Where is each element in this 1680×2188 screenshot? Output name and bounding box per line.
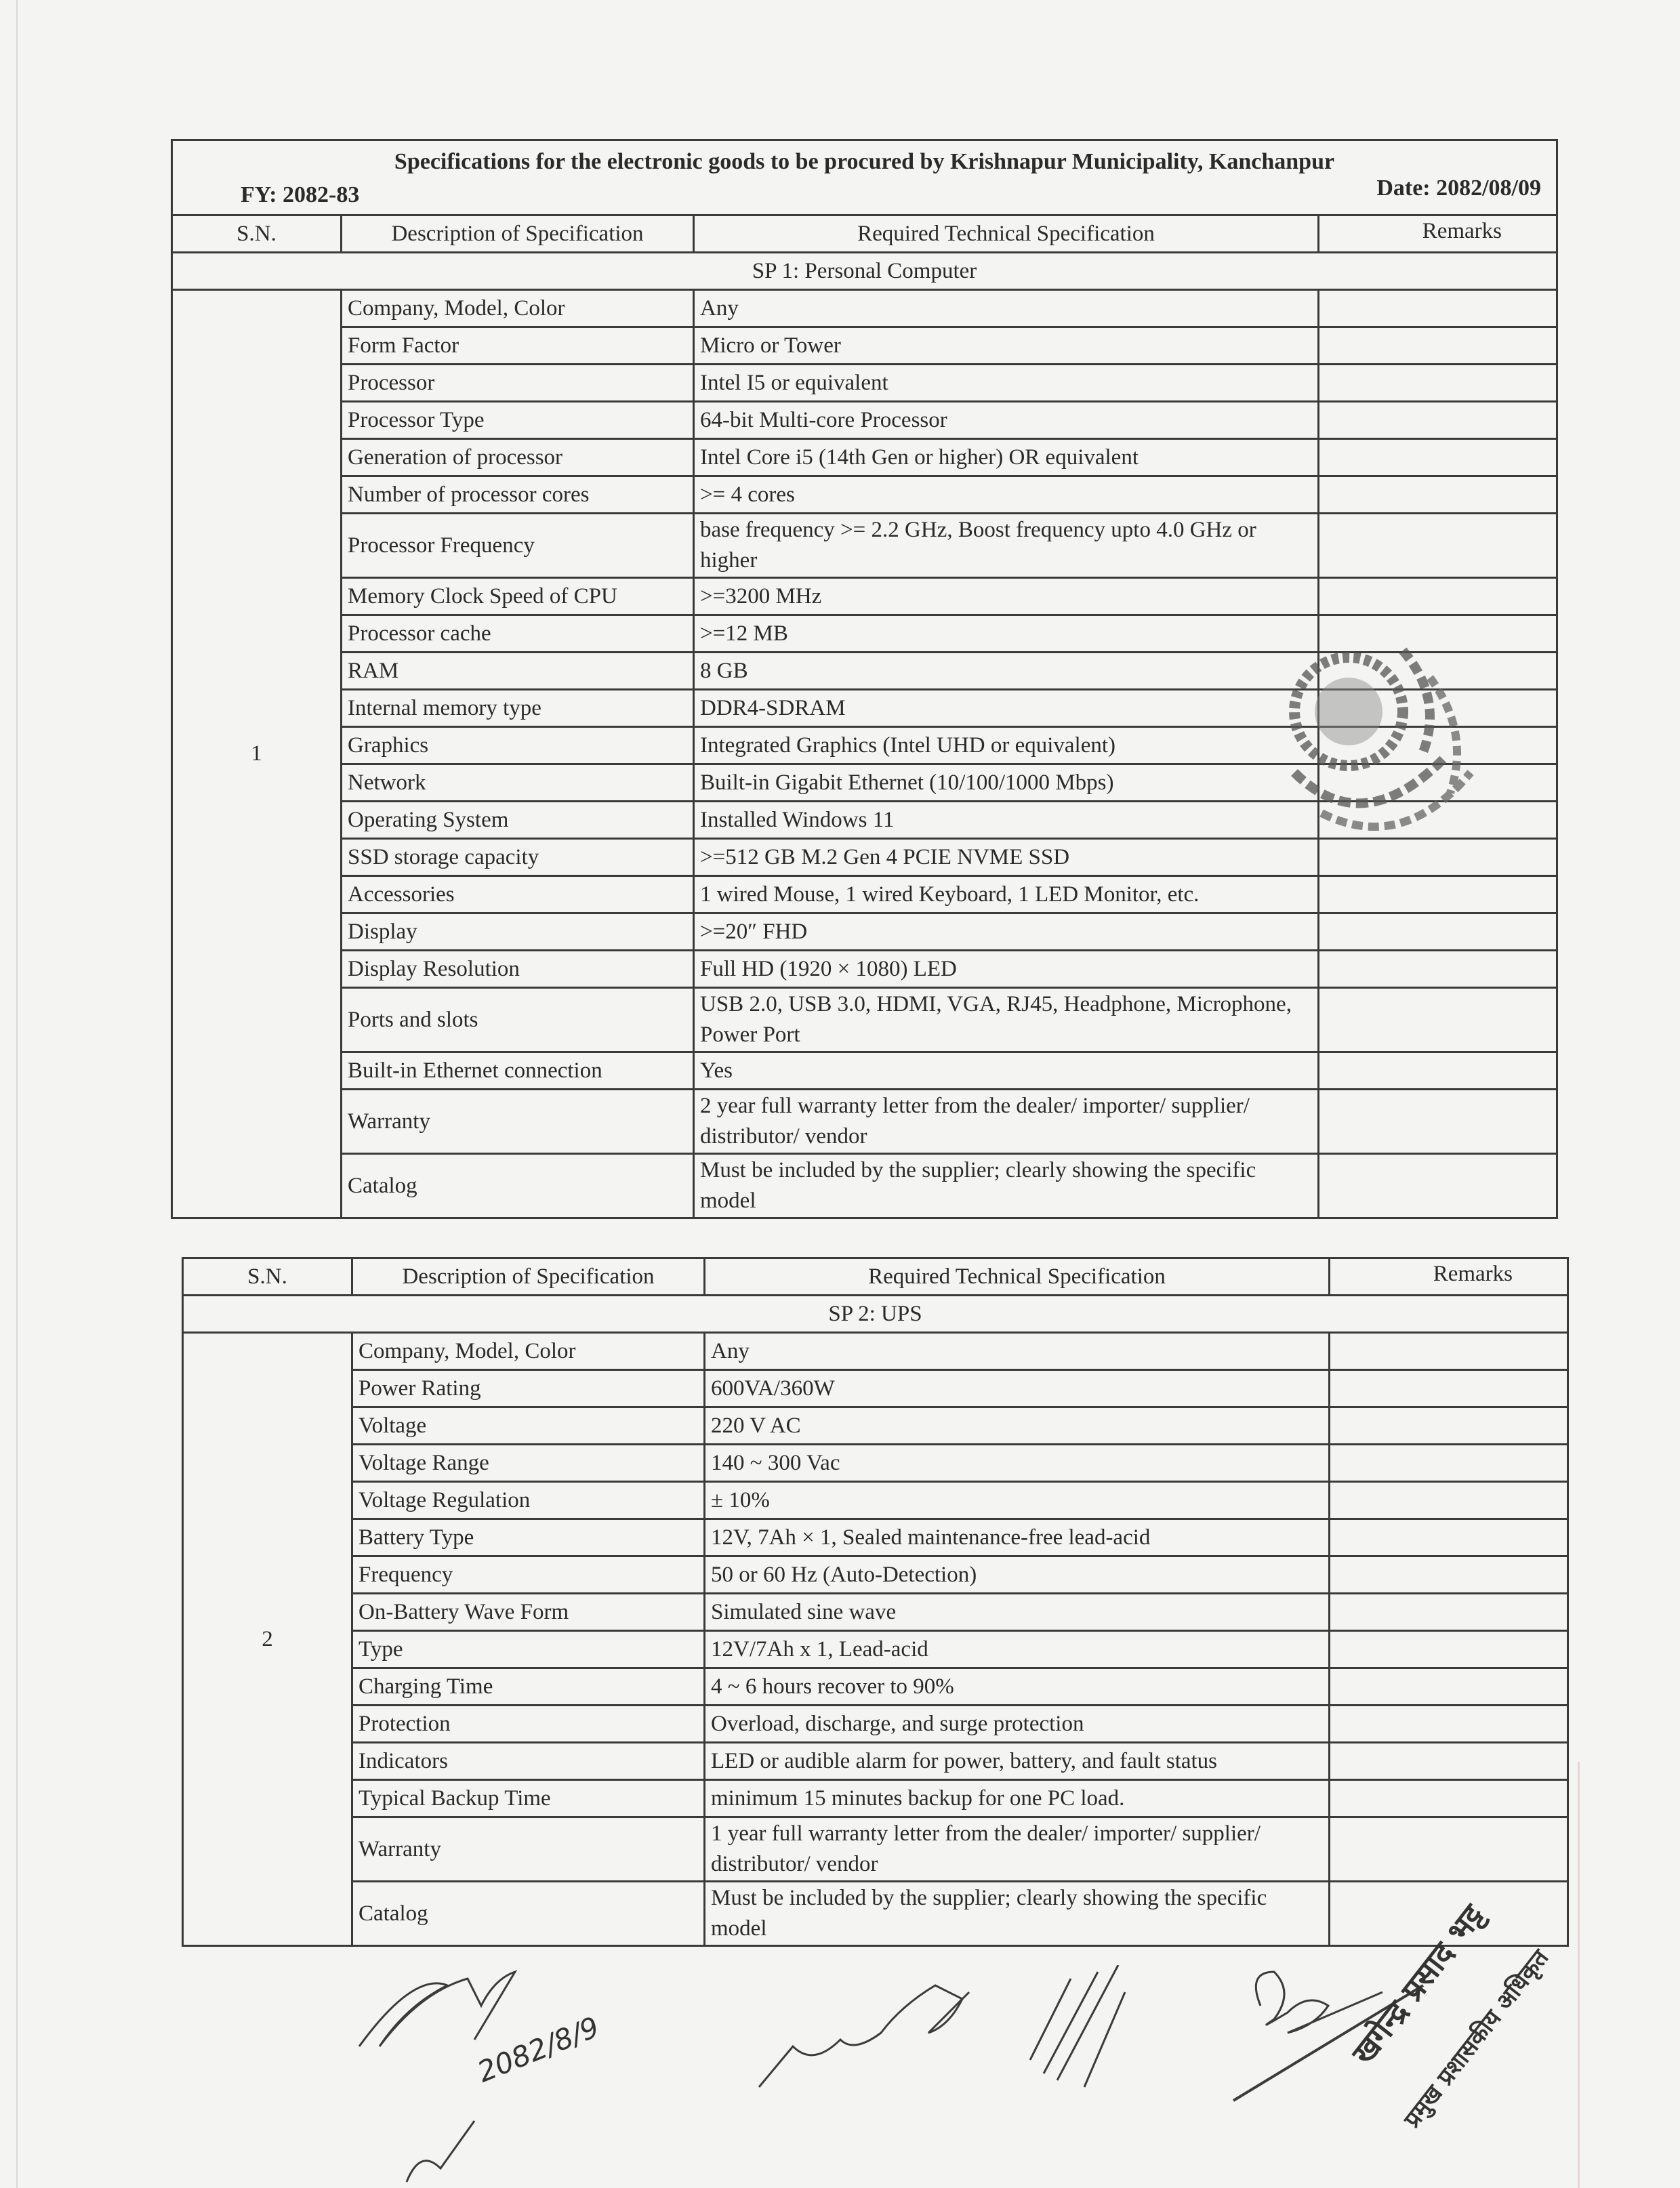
spec-requirement: base frequency >= 2.2 GHz, Boost frequen… [694,514,1319,578]
spec-description: Form Factor [342,327,694,365]
table-row: Processor Frequencybase frequency >= 2.2… [172,514,1557,578]
spec-requirement: USB 2.0, USB 3.0, HDMI, VGA, RJ45, Headp… [694,988,1319,1052]
spec-remarks [1319,876,1557,913]
spec-requirement: >=3200 MHz [694,578,1319,615]
column-header-description: Description of Specification [352,1258,705,1296]
spec-description: RAM [342,653,694,690]
spec-remarks [1330,1743,1568,1780]
spec-remarks [1319,402,1557,439]
table-row: Warranty1 year full warranty letter from… [183,1817,1568,1882]
spec-requirement: >=512 GB M.2 Gen 4 PCIE NVME SSD [694,839,1319,876]
spec-description: Processor Frequency [342,514,694,578]
spec-remarks [1319,439,1557,476]
spec-requirement: Any [705,1333,1330,1370]
spec-description: Company, Model, Color [342,290,694,327]
spec-description: Warranty [352,1817,705,1882]
spec-description: Generation of processor [342,439,694,476]
spec-requirement: 12V/7Ah x 1, Lead-acid [705,1631,1330,1668]
table-row: Frequency50 or 60 Hz (Auto-Detection) [183,1556,1568,1594]
spec-remarks [1319,290,1557,327]
table-row: ProtectionOverload, discharge, and surge… [183,1706,1568,1743]
spec-requirement: ± 10% [705,1482,1330,1519]
spec-description: Type [352,1631,705,1668]
spec-description: Memory Clock Speed of CPU [342,578,694,615]
spec-requirement: 140 ~ 300 Vac [705,1445,1330,1482]
serial-number: 2 [183,1333,352,1946]
section-heading: SP 1: Personal Computer [172,253,1557,290]
spec-description: Built-in Ethernet connection [342,1052,694,1090]
spec-requirement: 1 year full warranty letter from the dea… [705,1817,1330,1882]
spec-requirement: Must be included by the supplier; clearl… [705,1882,1330,1946]
spec-remarks [1330,1706,1568,1743]
spec-description: SSD storage capacity [342,839,694,876]
spec-remarks [1319,476,1557,514]
table-row: Voltage Range140 ~ 300 Vac [183,1445,1568,1482]
spec-remarks [1319,951,1557,988]
spec-remarks [1330,1817,1568,1882]
spec-requirement: >=20″ FHD [694,913,1319,951]
table-row: IndicatorsLED or audible alarm for power… [183,1743,1568,1780]
table-row: Built-in Ethernet connectionYes [172,1052,1557,1090]
column-header-sn: S.N. [172,215,342,253]
table-row: Warranty2 year full warranty letter from… [172,1090,1557,1154]
column-header-required: Required Technical Specification [694,215,1319,253]
table-row: ProcessorIntel I5 or equivalent [172,365,1557,402]
table-row: Display>=20″ FHD [172,913,1557,951]
serial-number: 1 [172,290,342,1218]
table-row: Typical Backup Timeminimum 15 minutes ba… [183,1780,1568,1817]
spec-requirement: 8 GB [694,653,1319,690]
spec-requirement: 64-bit Multi-core Processor [694,402,1319,439]
fiscal-year: FY: 2082-83 [241,180,359,210]
spec-description: Voltage Regulation [352,1482,705,1519]
document-title: Specifications for the electronic goods … [173,146,1556,177]
spec-remarks [1330,1668,1568,1706]
spec-requirement: minimum 15 minutes backup for one PC loa… [705,1780,1330,1817]
spec-requirement: >= 4 cores [694,476,1319,514]
spec-description: Processor [342,365,694,402]
section-heading: SP 2: UPS [183,1296,1568,1333]
spec-requirement: Built-in Gigabit Ethernet (10/100/1000 M… [694,764,1319,802]
column-header-sn: S.N. [183,1258,352,1296]
spec-remarks [1319,913,1557,951]
spec-description: Indicators [352,1743,705,1780]
table-row: Battery Type12V, 7Ah × 1, Sealed mainten… [183,1519,1568,1556]
spec-description: Ports and slots [342,988,694,1052]
column-header-remarks: Remarks [1330,1258,1568,1296]
spec-requirement: Overload, discharge, and surge protectio… [705,1706,1330,1743]
document-date: Date: 2082/08/09 [1376,173,1541,203]
signature-2-icon [759,1985,969,2087]
table-row: Memory Clock Speed of CPU>=3200 MHz [172,578,1557,615]
spec-description: Display [342,913,694,951]
document-header: Specifications for the electronic goods … [172,140,1557,215]
spec-description: Internal memory type [342,690,694,727]
spec-requirement: 2 year full warranty letter from the dea… [694,1090,1319,1154]
column-header-description: Description of Specification [342,215,694,253]
spec-remarks [1330,1370,1568,1407]
spec-requirement: >=12 MB [694,615,1319,653]
spec-description: Graphics [342,727,694,764]
spec-remarks [1319,1154,1557,1218]
spec-remarks [1319,578,1557,615]
table-row: Charging Time4 ~ 6 hours recover to 90% [183,1668,1568,1706]
spec-description: Protection [352,1706,705,1743]
spec-remarks [1330,1631,1568,1668]
spec-requirement: 12V, 7Ah × 1, Sealed maintenance-free le… [705,1519,1330,1556]
table-row: Generation of processorIntel Core i5 (14… [172,439,1557,476]
spec-requirement: LED or audible alarm for power, battery,… [705,1743,1330,1780]
spec-requirement: Yes [694,1052,1319,1090]
spec-description: Voltage Range [352,1445,705,1482]
table-row: Form FactorMicro or Tower [172,327,1557,365]
table-row: Processor Type64-bit Multi-core Processo… [172,402,1557,439]
spec-remarks [1330,1482,1568,1519]
spec-remarks [1319,1052,1557,1090]
spec-description: Company, Model, Color [352,1333,705,1370]
spec-description: Processor cache [342,615,694,653]
table-row: Number of processor cores>= 4 cores [172,476,1557,514]
signature-1-icon [359,1972,515,2046]
spec-requirement: 600VA/360W [705,1370,1330,1407]
spec-requirement: Installed Windows 11 [694,802,1319,839]
spec-description: Battery Type [352,1519,705,1556]
spec-requirement: Simulated sine wave [705,1594,1330,1631]
table-row: Voltage Regulation± 10% [183,1482,1568,1519]
spec-description: Frequency [352,1556,705,1594]
spec-requirement: DDR4-SDRAM [694,690,1319,727]
table-row: On-Battery Wave FormSimulated sine wave [183,1594,1568,1631]
spec-description: Accessories [342,876,694,913]
spec-description: Catalog [352,1882,705,1946]
spec-requirement: Micro or Tower [694,327,1319,365]
spec-remarks [1319,988,1557,1052]
spec-description: Display Resolution [342,951,694,988]
spec-description: Power Rating [352,1370,705,1407]
spec-description: Charging Time [352,1668,705,1706]
table-row: CatalogMust be included by the supplier;… [172,1154,1557,1218]
spec-description: Network [342,764,694,802]
spec-requirement: Integrated Graphics (Intel UHD or equiva… [694,727,1319,764]
spec-remarks [1319,514,1557,578]
table-row: Type12V/7Ah x 1, Lead-acid [183,1631,1568,1668]
table-row: 1Company, Model, ColorAny [172,290,1557,327]
spec-remarks [1330,1780,1568,1817]
scan-left-edge [16,0,18,2188]
spec-description: On-Battery Wave Form [352,1594,705,1631]
table-row: CatalogMust be included by the supplier;… [183,1882,1568,1946]
spec-remarks [1330,1407,1568,1445]
spec-remarks [1330,1594,1568,1631]
column-header-required: Required Technical Specification [705,1258,1330,1296]
table-row: 2Company, Model, ColorAny [183,1333,1568,1370]
table-row: Accessories1 wired Mouse, 1 wired Keyboa… [172,876,1557,913]
table-row: Ports and slotsUSB 2.0, USB 3.0, HDMI, V… [172,988,1557,1052]
spec-requirement: Any [694,290,1319,327]
spec-requirement: Must be included by the supplier; clearl… [694,1154,1319,1218]
spec-remarks [1330,1519,1568,1556]
spec-requirement: 50 or 60 Hz (Auto-Detection) [705,1556,1330,1594]
spec-requirement: 220 V AC [705,1407,1330,1445]
spec-table-ups: S.N. Description of Specification Requir… [182,1257,1569,1947]
spec-description: Voltage [352,1407,705,1445]
spec-description: Processor Type [342,402,694,439]
spec-remarks [1330,1556,1568,1594]
spec-requirement: Intel Core i5 (14th Gen or higher) OR eq… [694,439,1319,476]
spec-remarks [1319,1090,1557,1154]
table-row: Voltage220 V AC [183,1407,1568,1445]
spec-requirement: 1 wired Mouse, 1 wired Keyboard, 1 LED M… [694,876,1319,913]
spec-remarks [1319,365,1557,402]
spec-remarks [1319,327,1557,365]
municipal-seal-icon [1267,637,1491,861]
spec-requirement: Intel I5 or equivalent [694,365,1319,402]
signature-3-icon [1030,1965,1125,2087]
spec-sheet-part-2: S.N. Description of Specification Requir… [182,1257,1567,1947]
table-row: Power Rating600VA/360W [183,1370,1568,1407]
spec-description: Operating System [342,802,694,839]
spec-requirement: 4 ~ 6 hours recover to 90% [705,1668,1330,1706]
spec-remarks [1330,1333,1568,1370]
table-row: Display ResolutionFull HD (1920 × 1080) … [172,951,1557,988]
spec-description: Number of processor cores [342,476,694,514]
spec-description: Warranty [342,1090,694,1154]
spec-requirement: Full HD (1920 × 1080) LED [694,951,1319,988]
spec-description: Typical Backup Time [352,1780,705,1817]
column-header-remarks: Remarks [1319,215,1557,253]
spec-description: Catalog [342,1154,694,1218]
spec-remarks [1330,1445,1568,1482]
